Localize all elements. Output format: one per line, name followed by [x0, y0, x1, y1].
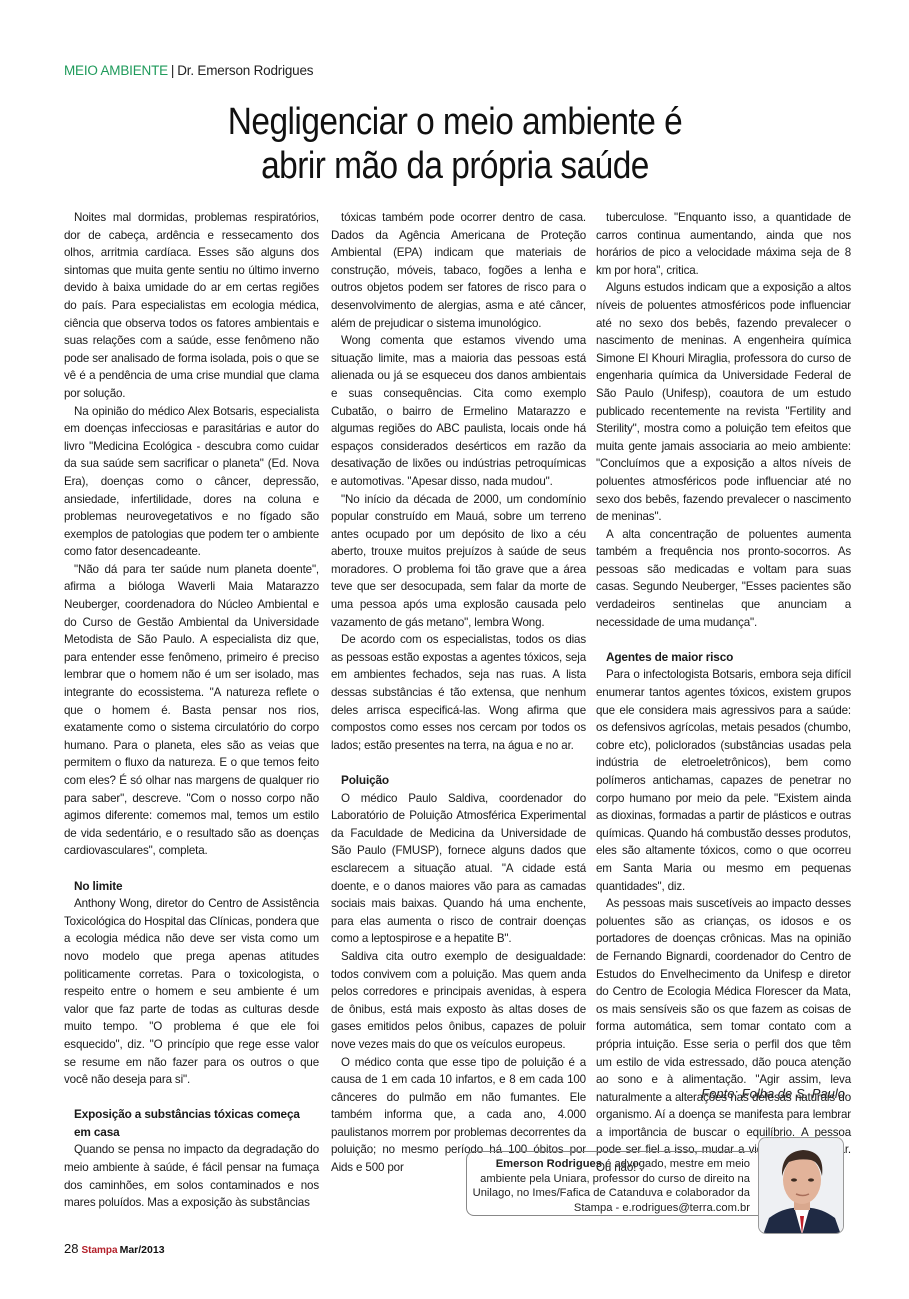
- author-photo: [758, 1137, 844, 1234]
- paragraph: De acordo com os especialistas, todos os…: [331, 631, 586, 754]
- section-label: MEIO AMBIENTE: [64, 63, 168, 78]
- paragraph: Wong comenta que estamos vivendo uma sit…: [331, 332, 586, 490]
- kicker-separator: |: [171, 63, 174, 78]
- article-column-2: tóxicas também pode ocorrer dentro de ca…: [331, 209, 586, 1177]
- paragraph: tuberculose. "Enquanto isso, a quantidad…: [596, 209, 851, 279]
- paragraph: Para o infectologista Botsaris, embora s…: [596, 666, 851, 895]
- paragraph: Anthony Wong, diretor do Centro de Assis…: [64, 895, 319, 1089]
- paragraph: Alguns estudos indicam que a exposição a…: [596, 279, 851, 525]
- article-column-1: Noites mal dormidas, problemas respirató…: [64, 209, 319, 1212]
- paragraph: tóxicas também pode ocorrer dentro de ca…: [331, 209, 586, 332]
- subheading-agentes: Agentes de maior risco: [596, 649, 851, 667]
- page-footer: 28StampaMar/2013: [64, 1241, 165, 1256]
- subheading-exposicao: Exposição a substâncias tóxicas começa e…: [64, 1106, 319, 1141]
- paragraph: O médico Paulo Saldiva, coordenador do L…: [331, 790, 586, 948]
- author-portrait-icon: [759, 1138, 844, 1234]
- bio-author-name: Emerson Rodrigues: [496, 1158, 602, 1170]
- paragraph: A alta concentração de poluentes aumenta…: [596, 526, 851, 632]
- issue-date: Mar/2013: [120, 1244, 165, 1256]
- paragraph: Na opinião do médico Alex Botsaris, espe…: [64, 403, 319, 561]
- magazine-name: Stampa: [81, 1245, 117, 1256]
- section-kicker: MEIO AMBIENTE|Dr. Emerson Rodrigues: [64, 63, 313, 78]
- paragraph: "Não dá para ter saúde num planeta doent…: [64, 561, 319, 860]
- headline-line-1: Negligenciar o meio ambiente é: [228, 101, 682, 143]
- column-author: Dr. Emerson Rodrigues: [177, 63, 313, 78]
- paragraph: Saldiva cita outro exemplo de desigualda…: [331, 948, 586, 1054]
- author-bio: Emerson Rodrigues é advogado, mestre em …: [470, 1157, 750, 1215]
- paragraph: Noites mal dormidas, problemas respirató…: [64, 209, 319, 403]
- paragraph: As pessoas mais suscetíveis ao impacto d…: [596, 895, 851, 1177]
- subheading-no-limite: No limite: [64, 878, 319, 896]
- paragraph: "No início da década de 2000, um condomí…: [331, 491, 586, 632]
- article-headline: Negligenciar o meio ambiente é abrir mão…: [143, 100, 768, 188]
- page-number: 28: [64, 1241, 78, 1256]
- paragraph: Quando se pensa no impacto da degradação…: [64, 1141, 319, 1211]
- subheading-poluicao: Poluição: [331, 772, 586, 790]
- source-credit: Fonte: Folha de S. Paulo: [701, 1086, 845, 1101]
- article-column-3: tuberculose. "Enquanto isso, a quantidad…: [596, 209, 851, 1177]
- headline-line-2: abrir mão da própria saúde: [261, 145, 649, 187]
